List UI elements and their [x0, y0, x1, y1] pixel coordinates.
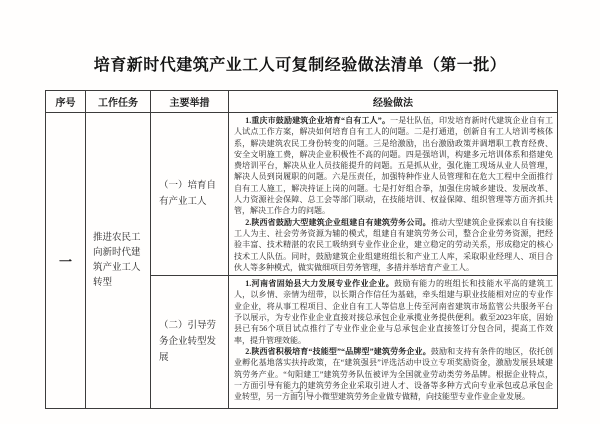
header-work-task: 工作任务 — [86, 91, 151, 113]
paragraph-body: 一是壮队伍，印发培育新时代建筑企业自有工人试点工作方案，解决如何培育自有工人的问… — [234, 116, 553, 215]
experience-cell-1: 1.重庆市鼓励建筑企业培育“自有工人”。一是壮队伍，印发培育新时代建筑企业自有工… — [229, 113, 558, 276]
table-header-row: 序号 工作任务 主要举措 经验做法 — [46, 91, 558, 113]
paragraph-lead: 1.河南省固始县大力发展专业作业企业。 — [245, 279, 394, 288]
paragraph-lead: 1.重庆市鼓励建筑企业培育“自有工人”。 — [245, 116, 390, 125]
header-serial-number: 序号 — [46, 91, 86, 113]
paragraph-lead: 2.陕西省鼓励大型建筑企业组建自有建筑劳务公司。 — [245, 218, 431, 227]
experience-table: 序号 工作任务 主要举措 经验做法 一 推进农民工向新时代建筑产业工人转型 （一… — [45, 90, 558, 409]
paragraph-body: 鼓励有能力的班组长和技能水平高的建筑工人，以乡情、亲情为纽带，以长期合作信任为基… — [234, 279, 553, 344]
page-number: - 2 - — [0, 385, 600, 395]
header-experience-practices: 经验做法 — [229, 91, 558, 113]
document-page: 培育新时代建筑产业工人可复制经验做法清单（第一批） 序号 工作任务 主要举措 经… — [0, 0, 600, 424]
experience-paragraph: 2.陕西省鼓励大型建筑企业组建自有建筑劳务公司。推动大型建筑企业探索以自有技能工… — [234, 217, 553, 273]
serial-number-cell: 一 — [46, 113, 86, 409]
header-main-measures: 主要举措 — [151, 91, 229, 113]
paragraph-lead: 2.陕西省积极培育“技能型”“品牌型”建筑劳务企业。 — [245, 347, 431, 356]
page-title: 培育新时代建筑产业工人可复制经验做法清单（第一批） — [0, 52, 600, 75]
table-row: 一 推进农民工向新时代建筑产业工人转型 （一）培育自有产业工人 1.重庆市鼓励建… — [46, 113, 558, 276]
measure-cell-1: （一）培育自有产业工人 — [151, 113, 229, 276]
experience-paragraph: 1.河南省固始县大力发展专业作业企业。鼓励有能力的班组长和技能水平高的建筑工人，… — [234, 278, 553, 346]
experience-paragraph: 1.重庆市鼓励建筑企业培育“自有工人”。一是壮队伍，印发培育新时代建筑企业自有工… — [234, 115, 553, 217]
work-task-cell: 推进农民工向新时代建筑产业工人转型 — [86, 113, 151, 409]
